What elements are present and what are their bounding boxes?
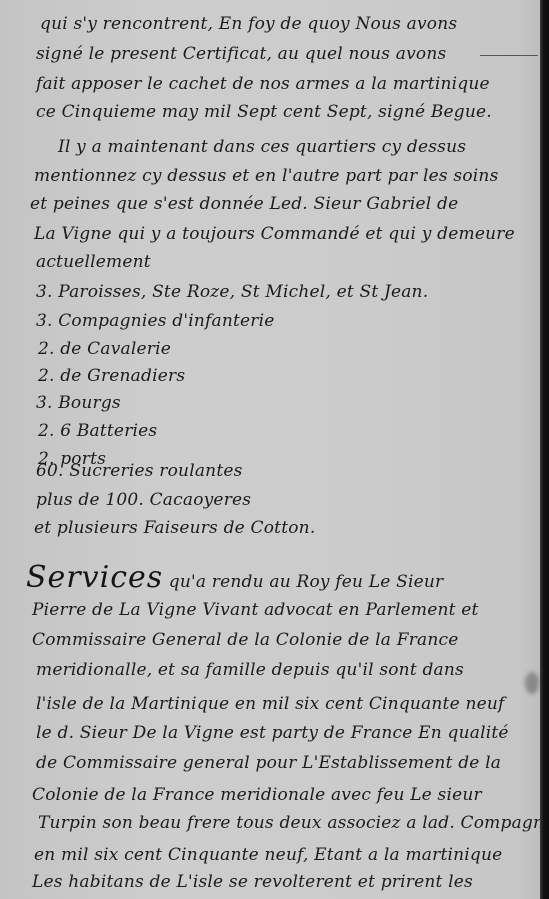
heading-continuation: qu'a rendu au Roy feu Le Sieur [169,572,444,592]
text-line: le d. Sieur De la Vigne est party de Fra… [36,723,509,743]
list-item: 60. Sucreries roulantes [36,461,243,481]
text-line: Il y a maintenant dans ces quartiers cy … [58,137,466,157]
text-line: Les habitans de L'isle se revolterent et… [32,872,473,892]
text-line: mentionnez cy dessus et en l'autre part … [34,166,499,186]
text-line: l'isle de la Martinique en mil six cent … [36,694,505,714]
list-item: 2. 6 Batteries [38,421,157,441]
text-line: fait apposer le cachet de nos armes a la… [36,74,490,94]
text-line: Pierre de La Vigne Vivant advocat en Par… [32,600,479,620]
list-item: 3. Paroisses, Ste Roze, St Michel, et St… [36,282,428,302]
list-item: 2. de Cavalerie [38,339,171,359]
text-line: meridionalle, et sa famille depuis qu'il… [36,660,464,680]
section-heading-line: Services qu'a rendu au Roy feu Le Sieur [26,560,443,595]
list-item: 3. Bourgs [36,393,121,413]
text-line: Colonie de la France meridionale avec fe… [32,785,482,805]
text-line: signé le present Certificat, au quel nou… [36,44,446,64]
ink-stain [525,672,539,694]
manuscript-page: qui s'y rencontrent, En foy de quoy Nous… [0,0,541,899]
list-item: plus de 100. Cacaoyeres [36,490,251,510]
line-filler-stroke [480,55,538,56]
text-line: ce Cinquieme may mil Sept cent Sept, sig… [36,102,492,122]
binding-edge [540,0,549,899]
services-heading: Services [26,560,163,595]
text-line: actuellement [36,252,151,272]
list-item: 2. de Grenadiers [38,366,185,386]
text-line: qui s'y rencontrent, En foy de quoy Nous… [40,14,457,34]
text-line: Turpin son beau frere tous deux associez… [38,813,549,833]
list-item: et plusieurs Faiseurs de Cotton. [34,518,315,538]
text-line: de Commissaire general pour L'Establisse… [36,753,501,773]
list-item: 3. Compagnies d'infanterie [36,311,275,331]
text-line: en mil six cent Cinquante neuf, Etant a … [34,845,502,865]
text-line: Commissaire General de la Colonie de la … [32,630,458,650]
text-line: et peines que s'est donnée Led. Sieur Ga… [30,194,458,214]
text-line: La Vigne qui y a toujours Commandé et qu… [34,224,515,244]
